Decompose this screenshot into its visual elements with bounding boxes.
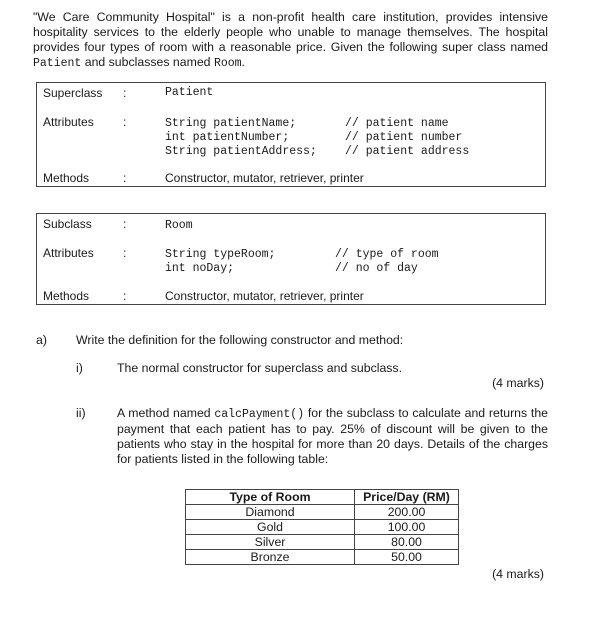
colon: : [123, 115, 126, 129]
colon: : [123, 86, 126, 100]
part-i-marks: (4 marks) [492, 376, 544, 390]
subclass-label: Subclass [43, 217, 92, 231]
part-i-text: The normal constructor for superclass an… [117, 361, 402, 376]
attribute-comment: // patient number [345, 131, 462, 145]
colon: : [123, 289, 126, 303]
room-rates-table: Type of Room Price/Day (RM) Diamond 200.… [185, 489, 459, 565]
intro-paragraph: "We Care Community Hospital" is a non-pr… [33, 10, 548, 71]
attributes-label: Attributes [43, 115, 94, 129]
table-row: Diamond 200.00 [186, 505, 459, 520]
intro-text-end: . [242, 55, 245, 69]
methods-label: Methods [43, 171, 89, 185]
part-i-label: i) [76, 361, 83, 376]
part-ii-text: A method named calcPayment() for the sub… [117, 406, 548, 467]
table-row: Silver 80.00 [186, 535, 459, 550]
attribute-decl: int noDay; [165, 262, 234, 276]
methods-list: Constructor, mutator, retriever, printer [165, 289, 364, 303]
intro-text: "We Care Community Hospital" is a non-pr… [33, 10, 548, 54]
part-ii-text-before: A method named [117, 406, 214, 420]
header-room-type: Type of Room [186, 490, 355, 505]
attribute-decl: String patientName; [165, 117, 296, 131]
part-ii-label: ii) [76, 406, 86, 421]
attribute-comment: // patient name [345, 117, 449, 131]
subclass-box: Subclass : Room Attributes : String type… [36, 213, 546, 305]
attribute-decl: String typeRoom; [165, 248, 275, 262]
attribute-comment: // patient address [345, 145, 469, 159]
table-header-row: Type of Room Price/Day (RM) [186, 490, 459, 505]
price-cell: 50.00 [355, 550, 459, 565]
question-label: a) [36, 333, 47, 348]
table-row: Gold 100.00 [186, 520, 459, 535]
price-cell: 200.00 [355, 505, 459, 520]
room-type-cell: Gold [186, 520, 355, 535]
superclass-name: Patient [165, 86, 213, 100]
table-row: Bronze 50.00 [186, 550, 459, 565]
colon: : [123, 171, 126, 185]
attributes-label: Attributes [43, 246, 94, 260]
price-cell: 80.00 [355, 535, 459, 550]
room-type-cell: Silver [186, 535, 355, 550]
attribute-comment: // no of day [335, 262, 418, 276]
methods-label: Methods [43, 289, 89, 303]
colon: : [123, 217, 126, 231]
question-text: Write the definition for the following c… [76, 333, 403, 348]
attribute-decl: String patientAddress; [165, 145, 317, 159]
methods-list: Constructor, mutator, retriever, printer [165, 171, 364, 185]
part-ii-marks: (4 marks) [492, 567, 544, 581]
attribute-decl: int patientNumber; [165, 131, 289, 145]
room-type-cell: Bronze [186, 550, 355, 565]
intro-text-middle: and subclasses named [81, 55, 214, 69]
room-type-cell: Diamond [186, 505, 355, 520]
method-name: calcPayment() [214, 408, 304, 421]
colon: : [123, 246, 126, 260]
intro-superclass-name: Patient [33, 57, 81, 70]
attribute-comment: // type of room [335, 248, 439, 262]
price-cell: 100.00 [355, 520, 459, 535]
header-price: Price/Day (RM) [355, 490, 459, 505]
intro-subclass-name: Room [214, 57, 242, 70]
superclass-box: Superclass : Patient Attributes : String… [36, 82, 546, 187]
superclass-label: Superclass [43, 86, 102, 100]
subclass-name: Room [165, 219, 193, 233]
